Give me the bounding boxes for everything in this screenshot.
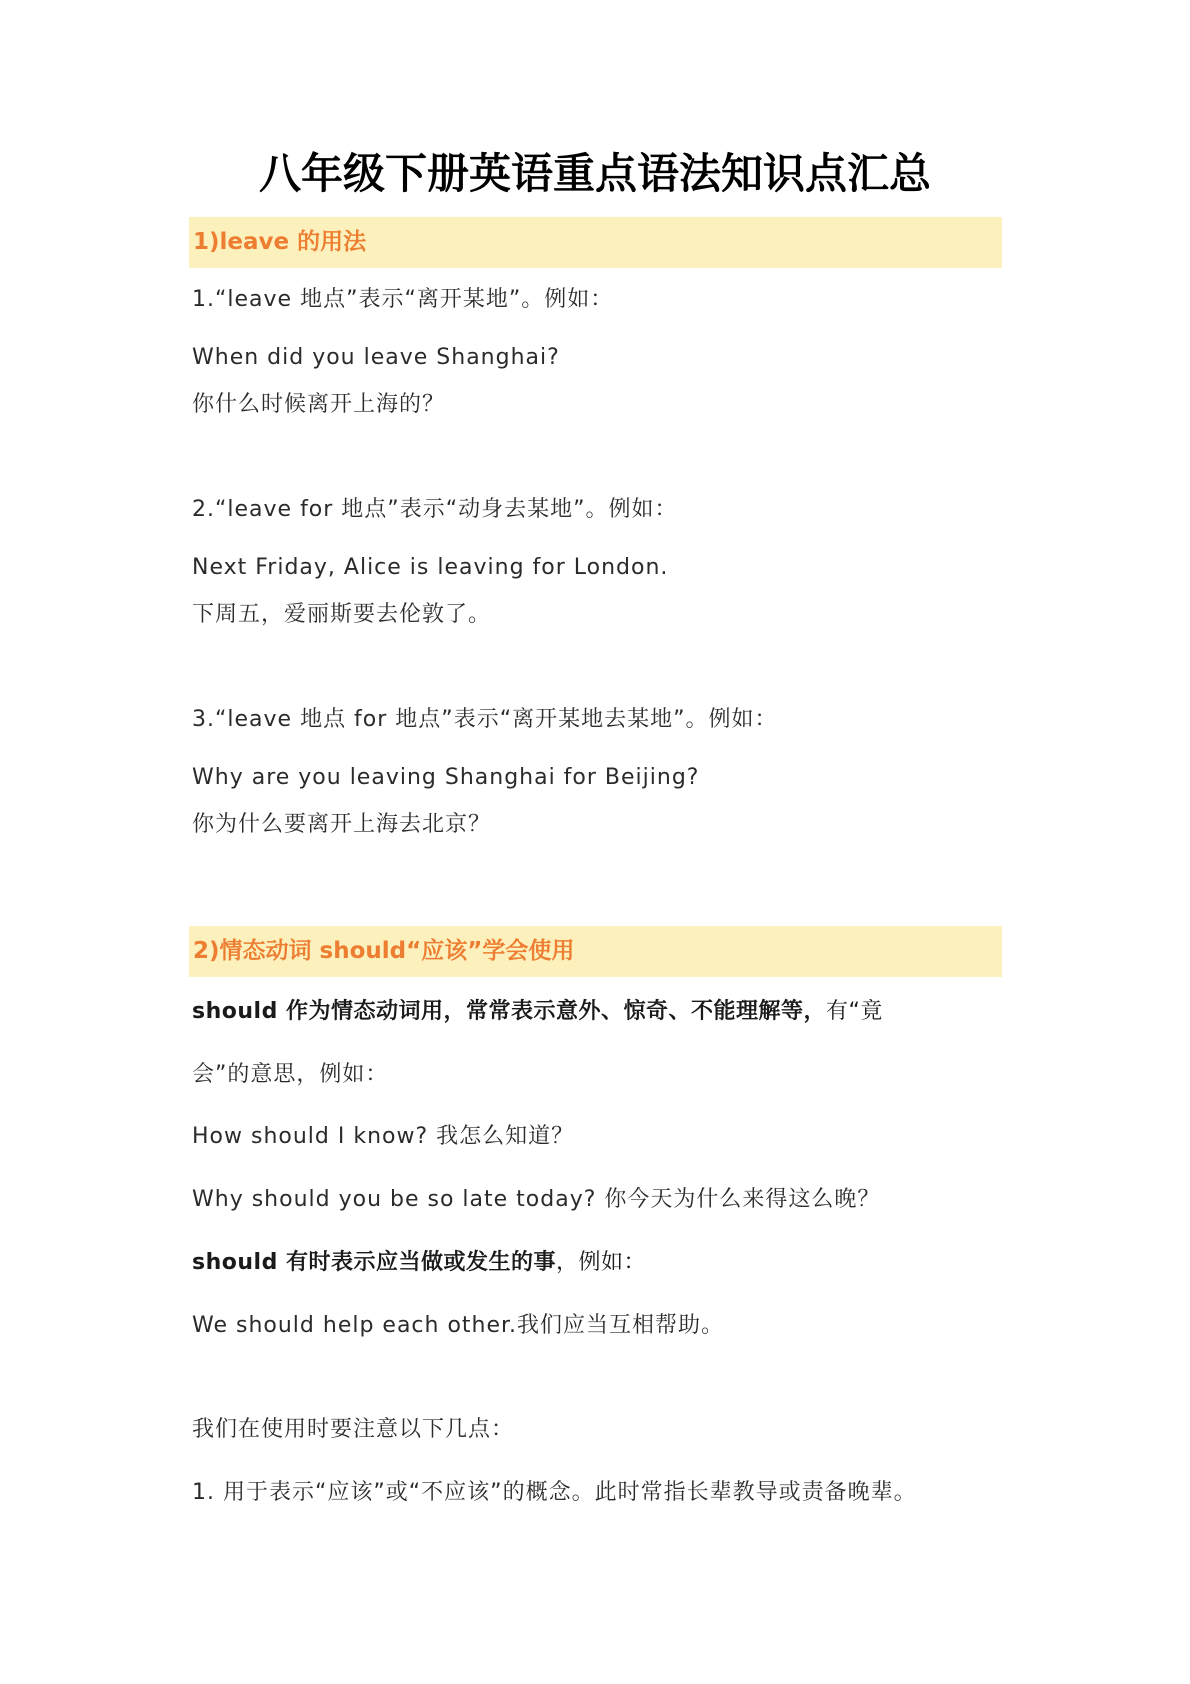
example-english: When did you leave Shanghai? xyxy=(192,343,560,373)
example-sentence: Why should you be so late today? 你今天为什么来… xyxy=(192,1185,880,1215)
intro-paragraph: should 作为情态动词用，常常表示意外、惊奇、不能理解等，有“竟 xyxy=(192,997,883,1027)
note-item: 1. 用于表示“应该”或“不应该”的概念。此时常指长辈教导或责备晚辈。 xyxy=(192,1478,917,1508)
example-english: Why are you leaving Shanghai for Beijing… xyxy=(192,763,699,793)
intro-normal-text: 有“竟 xyxy=(826,999,883,1024)
rule-text: 3.“leave 地点 for 地点”表示“离开某地去某地”。例如： xyxy=(192,705,778,735)
usage-normal-text: ，例如： xyxy=(556,1250,646,1275)
intro-paragraph-continued: 会”的意思，例如： xyxy=(192,1060,388,1090)
example-chinese: 你为什么要离开上海去北京？ xyxy=(192,810,491,840)
section-heading: 1)leave 的用法 xyxy=(193,217,366,268)
usage-bold-text: should 有时表示应当做或发生的事 xyxy=(192,1250,556,1275)
rule-text: 2.“leave for 地点”表示“动身去某地”。例如： xyxy=(192,495,678,525)
example-chinese: 你什么时候离开上海的？ xyxy=(192,390,445,420)
example-sentence: How should I know? 我怎么知道？ xyxy=(192,1122,574,1152)
intro-bold-text: should 作为情态动词用，常常表示意外、惊奇、不能理解等， xyxy=(192,999,826,1024)
section-heading-bar: 1)leave 的用法 xyxy=(189,217,1002,268)
notes-intro: 我们在使用时要注意以下几点： xyxy=(192,1415,514,1445)
example-chinese: 下周五，爱丽斯要去伦敦了。 xyxy=(192,600,491,630)
section-heading-bar: 2)情态动词 should“应该”学会使用 xyxy=(189,926,1002,977)
example-english: Next Friday, Alice is leaving for London… xyxy=(192,553,668,583)
document-title: 八年级下册英语重点语法知识点汇总 xyxy=(0,148,1190,200)
section-heading: 2)情态动词 should“应该”学会使用 xyxy=(193,926,574,977)
example-sentence: We should help each other.我们应当互相帮助。 xyxy=(192,1311,724,1341)
usage-paragraph: should 有时表示应当做或发生的事，例如： xyxy=(192,1248,646,1278)
rule-text: 1.“leave 地点”表示“离开某地”。例如： xyxy=(192,285,613,315)
